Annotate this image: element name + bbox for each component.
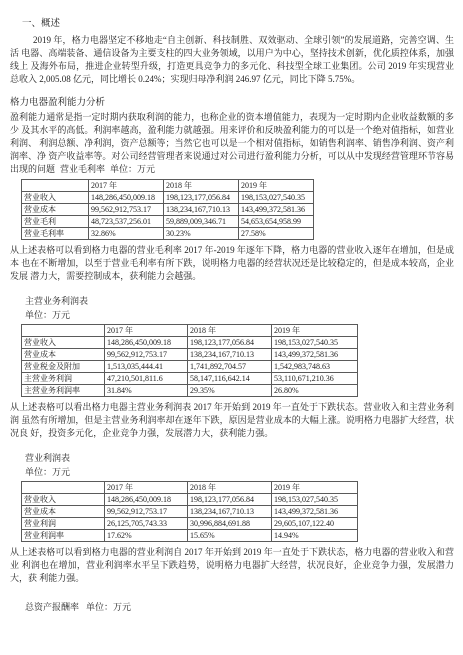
table-cell: 143,499,372,581.36	[239, 204, 314, 216]
table-cell: 32.86%	[89, 228, 164, 240]
table-cell: 26,125,705,743.33	[105, 518, 188, 530]
table-row-label: 主营业务利润率	[22, 385, 105, 397]
gross-margin-table-title: 营业毛利率	[60, 164, 105, 174]
table-row: 营业利润率17.62%15.65%14.94%	[22, 530, 358, 542]
table-header-cell: 2017 年	[105, 482, 188, 494]
operating-profit-table-title: 营业利润表	[25, 451, 454, 465]
table-cell: 31.84%	[105, 385, 188, 397]
table-cell: 1,542,983,748.63	[272, 361, 358, 373]
table-cell: 54,653,654,958.99	[239, 216, 314, 228]
main-business-table-caption: 主营业务利润表 单位：万元	[25, 294, 454, 322]
table-cell: 143,499,372,581.36	[272, 349, 358, 361]
table-row-label: 主营业务利润	[22, 373, 105, 385]
operating-profit-table-caption: 营业利润表 单位：万元	[25, 451, 454, 479]
table-row-label: 营业毛利	[22, 216, 89, 228]
table-cell: 26.80%	[272, 385, 358, 397]
table-cell: 48,723,537,256.01	[89, 216, 164, 228]
table-header-row: 2017 年2018 年2019 年	[22, 180, 314, 192]
table-cell: 138,234,167,710.13	[164, 204, 239, 216]
table-row: 主营业务利润47,210,501,811.658,147,116,642.145…	[22, 373, 358, 385]
main-business-profit-table: 2017 年2018 年2019 年营业收入148,286,450,009.18…	[21, 324, 358, 397]
main-business-table-title: 主营业务利润表	[25, 294, 454, 308]
table-header-cell: 2019 年	[272, 325, 358, 337]
operating-profit-table-unit: 单位：万元	[25, 465, 454, 479]
table-header-cell: 2019 年	[239, 180, 314, 192]
table-row: 营业利润26,125,705,743.3330,996,884,691.8829…	[22, 518, 358, 530]
total-asset-return-unit: 单位：万元	[86, 602, 131, 612]
table-header-cell: 2018 年	[188, 325, 272, 337]
table-cell: 99,562,912,753.17	[105, 349, 188, 361]
table-cell: 14.94%	[272, 530, 358, 542]
table-row: 营业税金及附加1,513,035,444.411,741,892,704.571…	[22, 361, 358, 373]
operating-profit-table: 2017 年2018 年2019 年营业收入148,286,450,009.18…	[21, 481, 358, 542]
table-row-label: 营业成本	[22, 204, 89, 216]
table-row: 营业成本99,562,912,753.17138,234,167,710.131…	[22, 204, 314, 216]
profitability-analysis-heading: 格力电器盈利能力分析	[10, 97, 454, 110]
table-header-cell: 2018 年	[188, 482, 272, 494]
table-cell: 30,996,884,691.88	[188, 518, 272, 530]
table-cell: 30.23%	[164, 228, 239, 240]
table-row: 主营业务利润率31.84%29.35%26.80%	[22, 385, 358, 397]
table-row: 营业收入148,286,450,009.18198,123,177,056.84…	[22, 192, 314, 204]
table-cell: 148,286,450,009.18	[105, 494, 188, 506]
table-header-row: 2017 年2018 年2019 年	[22, 482, 358, 494]
table-header-cell	[22, 482, 105, 494]
main-business-comment: 从上述表格可以看出格力电器主营业务利润表 2017 年开始到 2019 年一直处…	[10, 401, 454, 440]
table-row-label: 营业税金及附加	[22, 361, 105, 373]
table-row-label: 营业收入	[22, 494, 105, 506]
table-cell: 15.65%	[188, 530, 272, 542]
total-asset-return-title: 总资产报酬率	[25, 602, 79, 612]
table-cell: 27.58%	[239, 228, 314, 240]
table-row: 营业成本99,562,912,753.17138,234,167,710.131…	[22, 506, 358, 518]
table-cell: 29,605,107,122.40	[272, 518, 358, 530]
table-header-cell: 2018 年	[164, 180, 239, 192]
table-cell: 148,286,450,009.18	[89, 192, 164, 204]
table-header-cell: 2017 年	[105, 325, 188, 337]
table-cell: 198,123,177,056.84	[164, 192, 239, 204]
table-row-label: 营业毛利率	[22, 228, 89, 240]
table-row-label: 营业利润	[22, 518, 105, 530]
table-row: 营业毛利48,723,537,256.0159,889,009,346.7154…	[22, 216, 314, 228]
table-cell: 47,210,501,811.6	[105, 373, 188, 385]
table-cell: 99,562,912,753.17	[89, 204, 164, 216]
document-page: 一、概述 2019 年，格力电器坚定不移地走“自主创新、科技制胜、双效驱动、全球…	[0, 0, 463, 655]
gross-margin-table: 2017 年2018 年2019 年营业收入148,286,450,009.18…	[21, 179, 314, 240]
table-cell: 53,110,671,210.36	[272, 373, 358, 385]
table-row-label: 营业利润率	[22, 530, 105, 542]
table-cell: 17.62%	[105, 530, 188, 542]
table-cell: 198,153,027,540.35	[272, 337, 358, 349]
total-asset-return-caption: 总资产报酬率单位：万元	[25, 601, 454, 614]
table-cell: 1,513,035,444.41	[105, 361, 188, 373]
table-cell: 29.35%	[188, 385, 272, 397]
table-header-cell	[22, 325, 105, 337]
table-header-cell	[22, 180, 89, 192]
table-row: 营业成本99,562,912,753.17138,234,167,710.131…	[22, 349, 358, 361]
table-cell: 198,123,177,056.84	[188, 494, 272, 506]
table-row: 营业收入148,286,450,009.18198,123,177,056.84…	[22, 337, 358, 349]
table-header-row: 2017 年2018 年2019 年	[22, 325, 358, 337]
main-business-table-unit: 单位：万元	[25, 308, 454, 322]
table-cell: 198,153,027,540.35	[272, 494, 358, 506]
table-cell: 59,889,009,346.71	[164, 216, 239, 228]
table-row-label: 营业收入	[22, 337, 105, 349]
overview-paragraph: 2019 年，格力电器坚定不移地走“自主创新、科技制胜、双效驱动、全球引领”的发…	[10, 34, 454, 86]
table-row-label: 营业成本	[22, 349, 105, 361]
gross-margin-table-unit: 单位：万元	[110, 164, 155, 174]
table-cell: 143,499,372,581.36	[272, 506, 358, 518]
table-row-label: 营业收入	[22, 192, 89, 204]
table-cell: 99,562,912,753.17	[105, 506, 188, 518]
table-row: 营业收入148,286,450,009.18198,123,177,056.84…	[22, 494, 358, 506]
table-cell: 198,123,177,056.84	[188, 337, 272, 349]
table-row-label: 营业成本	[22, 506, 105, 518]
table-cell: 198,153,027,540.35	[239, 192, 314, 204]
table-cell: 1,741,892,704.57	[188, 361, 272, 373]
section-title-overview: 一、概述	[22, 18, 454, 31]
gross-margin-comment: 从上述表格可以看到格力电器的营业毛利率 2017 年-2019 年逐年下降，格力…	[10, 244, 454, 283]
table-row: 营业毛利率32.86%30.23%27.58%	[22, 228, 314, 240]
table-cell: 138,234,167,710.13	[188, 349, 272, 361]
table-cell: 138,234,167,710.13	[188, 506, 272, 518]
table-cell: 58,147,116,642.14	[188, 373, 272, 385]
operating-profit-comment: 从上述表格可以看到格力电器的营业利润自 2017 年开始到 2019 年一直处于…	[10, 546, 454, 585]
profitability-paragraph: 盈利能力通常是指一定时期内获取利润的能力，也称企业的资本增值能力，表现为一定时期…	[10, 111, 454, 176]
table-cell: 148,286,450,009.18	[105, 337, 188, 349]
table-header-cell: 2017 年	[89, 180, 164, 192]
table-header-cell: 2019 年	[272, 482, 358, 494]
